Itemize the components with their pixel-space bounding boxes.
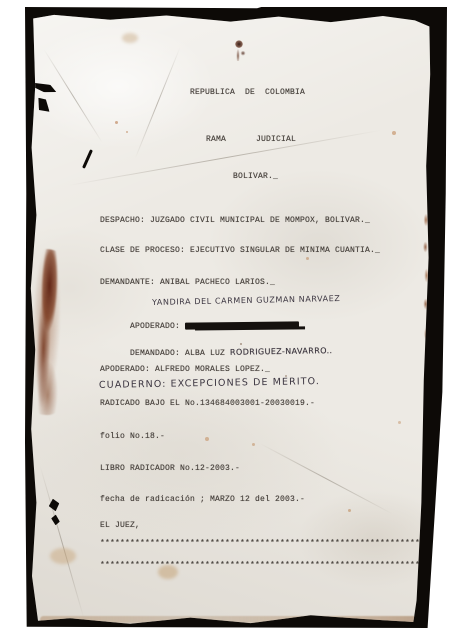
crease-line [44,49,103,143]
speck [348,509,351,512]
demandado-typed: DEMANDADO: ALBA LUZ [130,349,230,358]
torn-edge-marks [423,208,429,358]
scanned-document-photo: REPUBLICA DE COLOMBIA RAMA JUDICIAL BOLI… [25,7,447,628]
line-juez: EL JUEZ, [100,521,140,531]
crease-line [135,47,181,159]
apoderado-label: APODERADO: [130,322,180,331]
handwritten-cuaderno: CUADERNO: EXCEPCIONES DE MERITO. [99,377,320,391]
header-department: BOLIVAR._ [233,172,278,182]
rust-stain [24,248,68,415]
speck [398,421,401,424]
paper-tear [82,149,93,168]
handwritten-demandado-name: RODRIGUEZ-NAVARRO.. [230,346,333,358]
header-country: REPUBLICA DE COLOMBIA [190,88,305,98]
signature-line-asterisks: ****************************************… [100,561,435,571]
line-clase: CLASE DE PROCESO: EJECUTIVO SINGULAR DE … [100,246,380,256]
line-libro: LIBRO RADICADOR No.12-2003.- [100,464,240,474]
signature-line-asterisks: ****************************************… [100,539,435,549]
redaction-bar [185,322,299,330]
age-spot [122,33,138,43]
line-folio: folio No.18.- [100,432,165,442]
line-apoderado-demandado: APODERADO: ALFREDO MORALES LOPEZ._ [100,365,270,375]
paper-tear [30,79,58,96]
line-fecha: fecha de radicación ; MARZO 12 del 2003.… [100,495,305,505]
paper-sheet: REPUBLICA DE COLOMBIA RAMA JUDICIAL BOLI… [30,13,431,625]
line-demandante: DEMANDANTE: ANIBAL PACHECO LARIOS._ [100,278,275,288]
line-despacho: DESPACHO: JUZGADO CIVIL MUNICIPAL DE MOM… [100,216,370,226]
speck [392,131,396,135]
paper-tear [51,514,61,526]
ink-blot [229,35,249,61]
speck [306,257,309,260]
handwritten-apoderado-name: YANDIRA DEL CARMEN GUZMAN NARVAEZ [152,294,341,308]
crease-line [40,465,85,619]
speck [115,121,118,124]
speck [205,437,209,441]
speck [252,443,255,446]
paper-tear [36,96,49,114]
line-radicado: RADICADO BAJO EL No.134684003001-2003001… [100,399,315,409]
bottom-edge-discoloration [40,616,420,623]
header-branch: RAMA JUDICIAL [206,135,296,145]
age-spot [50,548,76,564]
speck [126,131,128,133]
